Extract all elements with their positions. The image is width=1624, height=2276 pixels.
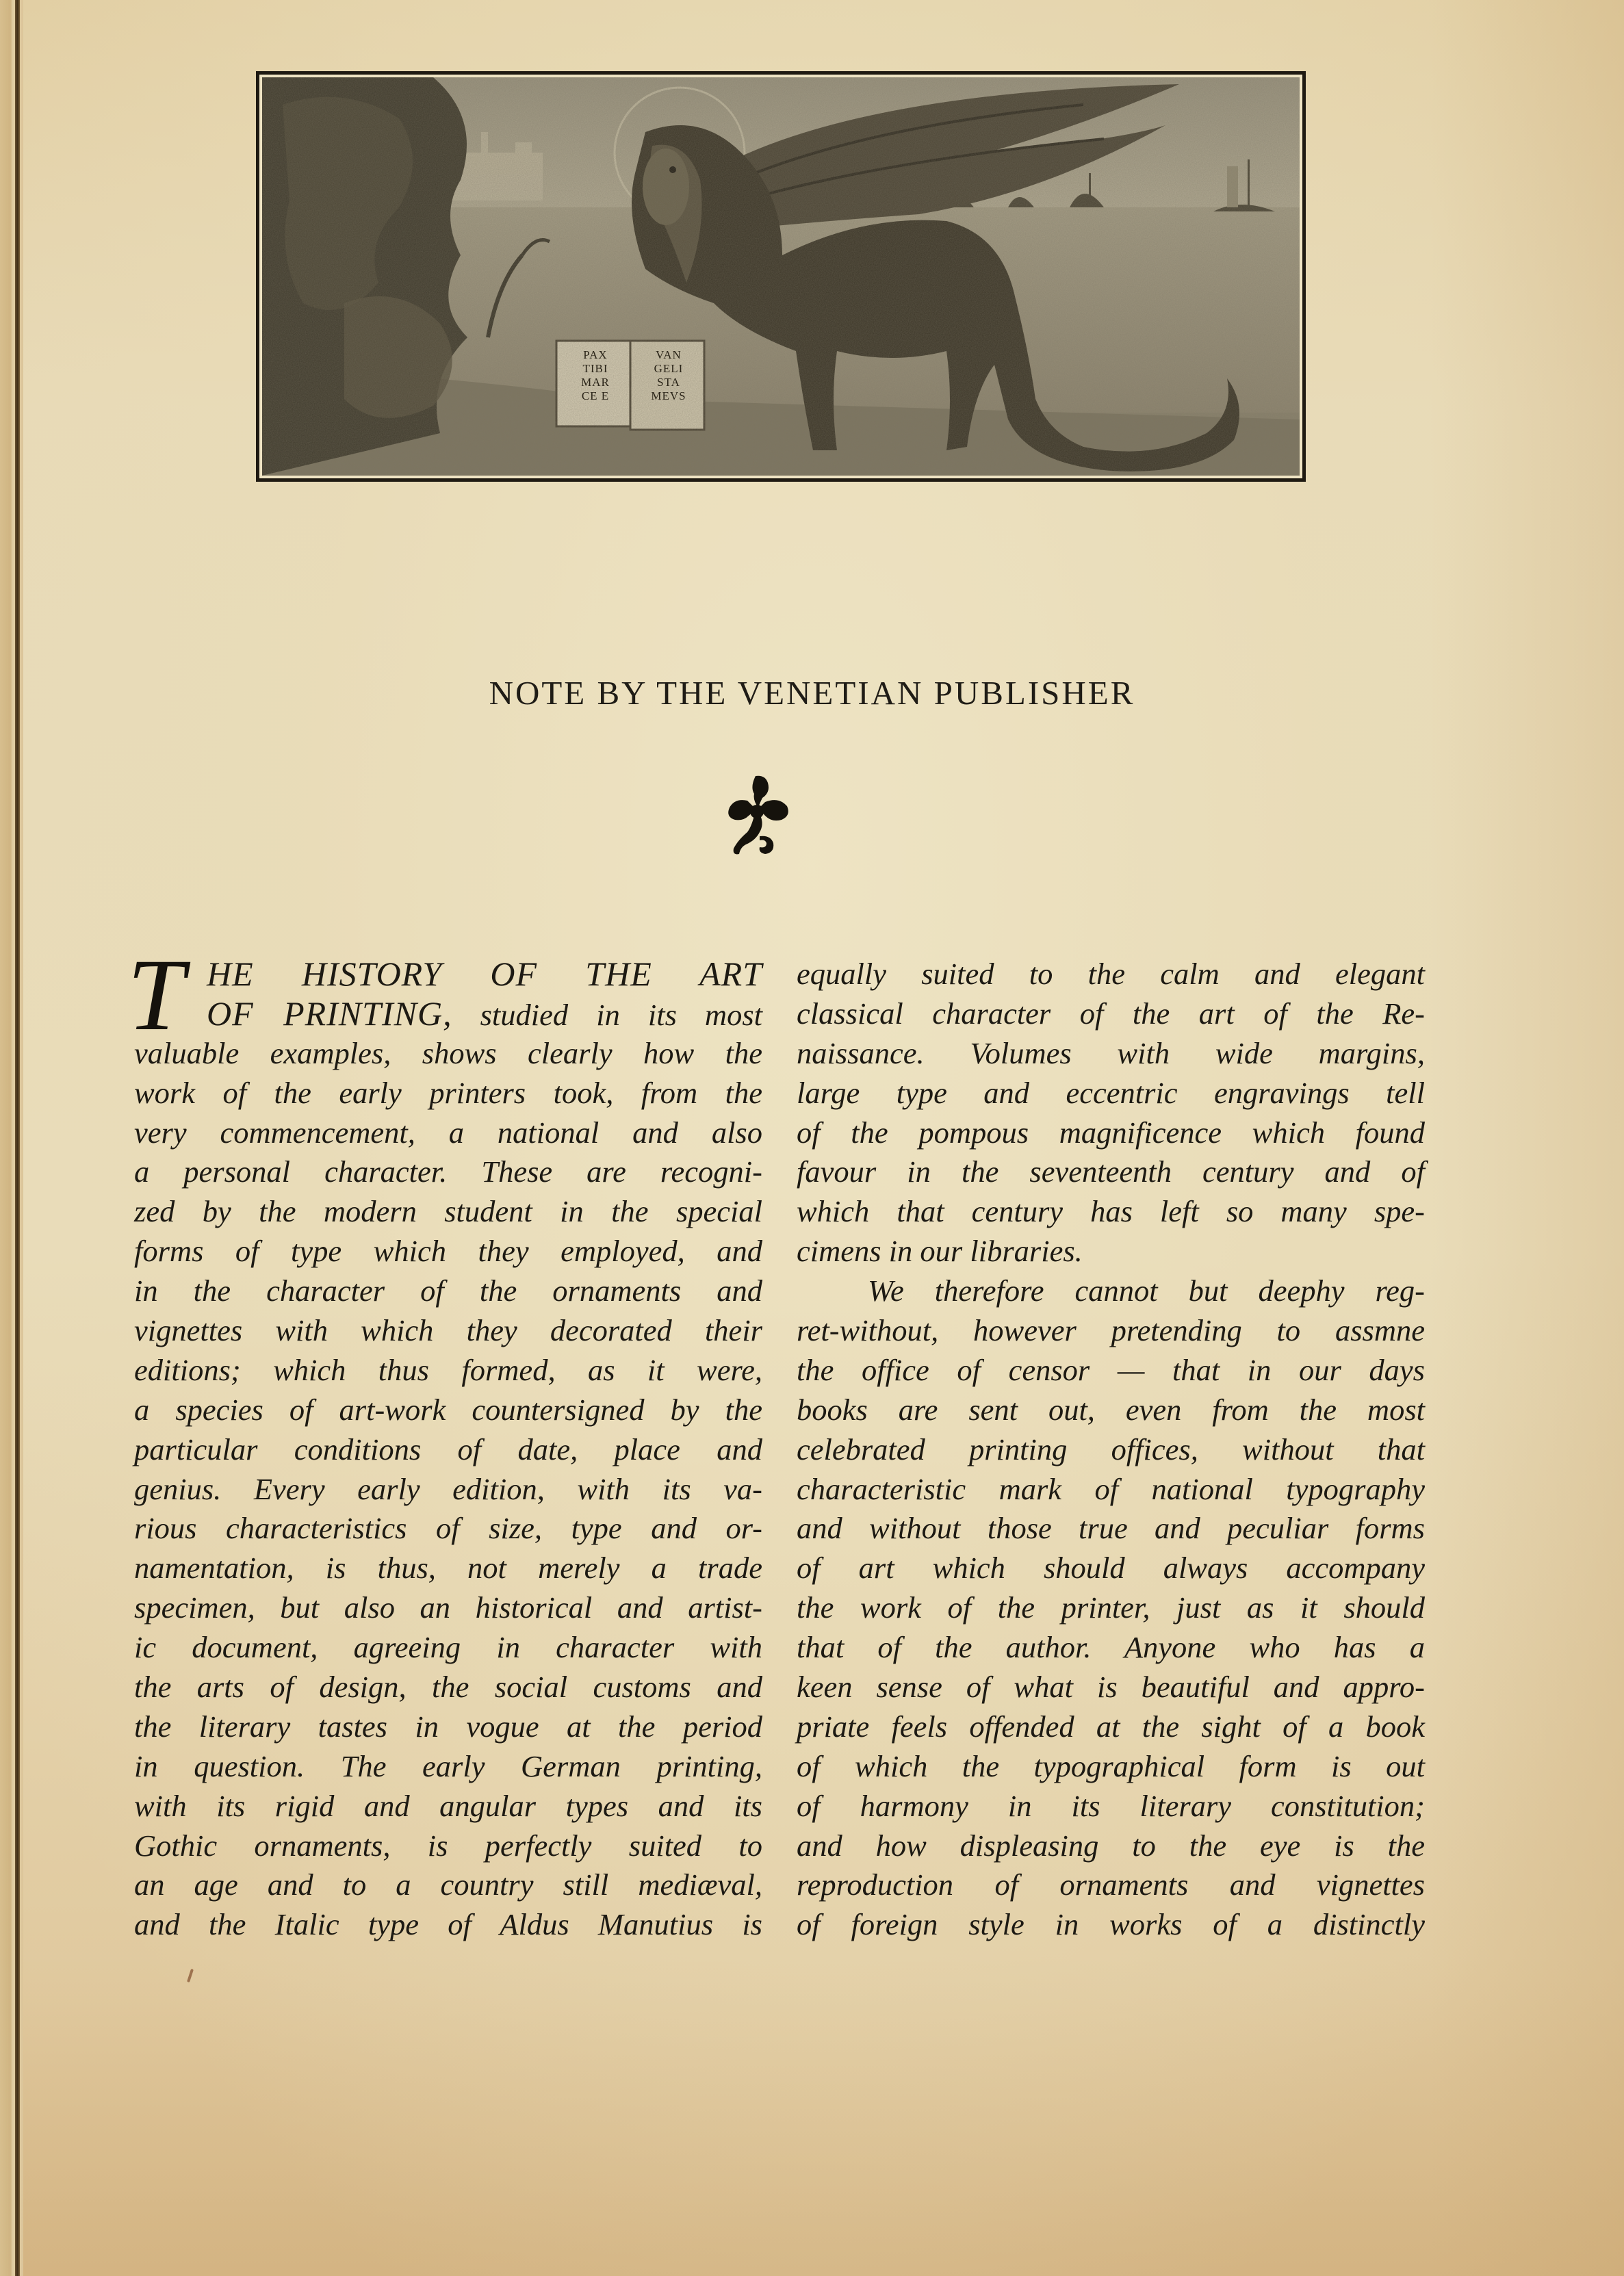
text-line: reproduction of ornaments and vignettes	[797, 1865, 1425, 1905]
text-line: zed by the modern student in the special	[134, 1192, 762, 1232]
paragraph-start-line: We therefore cannot but deephy reg-	[797, 1271, 1425, 1311]
illustration-frame: PAX TIBI MAR CE E VAN GELI STA MEVS	[256, 71, 1306, 482]
text-line: in the character of the ornaments and	[134, 1271, 762, 1311]
text-line: the work of the printer, just as it shou…	[797, 1588, 1425, 1628]
text-line: genius. Every early edition, with its va…	[134, 1470, 762, 1510]
text-line: editions; which thus formed, as it were,	[134, 1351, 762, 1391]
text-column-left: T HE HISTORY OF THE ART OF PRINTING, stu…	[134, 955, 762, 1945]
text-line: of art which should always accompany	[797, 1549, 1425, 1588]
text-line: specimen, but also an historical and art…	[134, 1588, 762, 1628]
text-line: of foreign style in works of a distinctl…	[797, 1905, 1425, 1945]
text-line: namentation, is thus, not merely a trade	[134, 1549, 762, 1588]
text-line: and without those true and peculiar form…	[797, 1509, 1425, 1549]
text-line: a personal character. These are recogni-	[134, 1152, 762, 1192]
text-line: and how displeasing to the eye is the	[797, 1826, 1425, 1866]
opening-paragraph-start: T HE HISTORY OF THE ART OF PRINTING, stu…	[134, 955, 762, 1034]
text-line: priate feels offended at the sight of a …	[797, 1707, 1425, 1747]
text-line: of harmony in its literary constitution;	[797, 1787, 1425, 1826]
text-line: HE HISTORY OF THE ART	[134, 955, 762, 994]
winged-lion-illustration: PAX TIBI MAR CE E VAN GELI STA MEVS	[262, 77, 1300, 476]
text-line: and the Italic type of Aldus Manutius is	[134, 1905, 762, 1945]
text-line: particular conditions of date, place and	[134, 1430, 762, 1470]
text-line: very commencement, a national and also	[134, 1113, 762, 1153]
text-line: a species of art-work countersigned by t…	[134, 1391, 762, 1430]
text-line: that of the author. Anyone who has a	[797, 1628, 1425, 1668]
text-line: the office of censor — that in our days	[797, 1351, 1425, 1391]
text-line: Gothic ornaments, is perfectly suited to	[134, 1826, 762, 1866]
text-line: with its rigid and angular types and its	[134, 1787, 762, 1826]
text-line: books are sent out, even from the most	[797, 1391, 1425, 1430]
text-line: the arts of design, the social customs a…	[134, 1668, 762, 1707]
text-line: characteristic mark of national typograp…	[797, 1470, 1425, 1510]
book-inscription-left: PAX TIBI MAR CE E	[561, 348, 630, 403]
text-line: of the pompous magnificence which found	[797, 1113, 1425, 1153]
text-line: ret-without, however pretending to assmn…	[797, 1311, 1425, 1351]
text-line: valuable examples, shows clearly how the	[134, 1034, 762, 1074]
text-line: large type and eccentric engravings tell	[797, 1074, 1425, 1113]
text-line: an age and to a country still mediæval,	[134, 1865, 762, 1905]
text-line: celebrated printing offices, without tha…	[797, 1430, 1425, 1470]
text-line: classical character of the art of the Re…	[797, 994, 1425, 1034]
fleuron-icon	[720, 773, 795, 859]
drop-cap: T	[127, 944, 184, 1046]
book-inscription-right: VAN GELI STA MEVS	[634, 348, 703, 403]
text-line: ic document, agreeing in character with	[134, 1628, 762, 1668]
text-line: equally suited to the calm and elegant	[797, 955, 1425, 994]
page-title: NOTE BY THE VENETIAN PUBLISHER	[0, 673, 1624, 712]
text-line: forms of type which they employed, and	[134, 1232, 762, 1271]
text-line: OF PRINTING, studied in its most	[134, 994, 762, 1034]
paragraph-end-line: cimens in our libraries.	[797, 1232, 1425, 1271]
text-line: vignettes with which they decorated thei…	[134, 1311, 762, 1351]
text-line: naissance. Volumes with wide margins,	[797, 1034, 1425, 1074]
text-line: of which the typographical form is out	[797, 1747, 1425, 1787]
text-column-right: equally suited to the calm and elegant c…	[797, 955, 1425, 1945]
text-line: which that century has left so many spe-	[797, 1192, 1425, 1232]
binding-rule	[15, 0, 20, 2276]
text-line: in question. The early German printing,	[134, 1747, 762, 1787]
text-line: favour in the seventeenth century and of	[797, 1152, 1425, 1192]
text-line: work of the early printers took, from th…	[134, 1074, 762, 1113]
lion-of-saint-mark-icon	[262, 77, 1300, 476]
text-line: keen sense of what is beautiful and appr…	[797, 1668, 1425, 1707]
text-line: rious characteristics of size, type and …	[134, 1509, 762, 1549]
text-line: the literary tastes in vogue at the peri…	[134, 1707, 762, 1747]
